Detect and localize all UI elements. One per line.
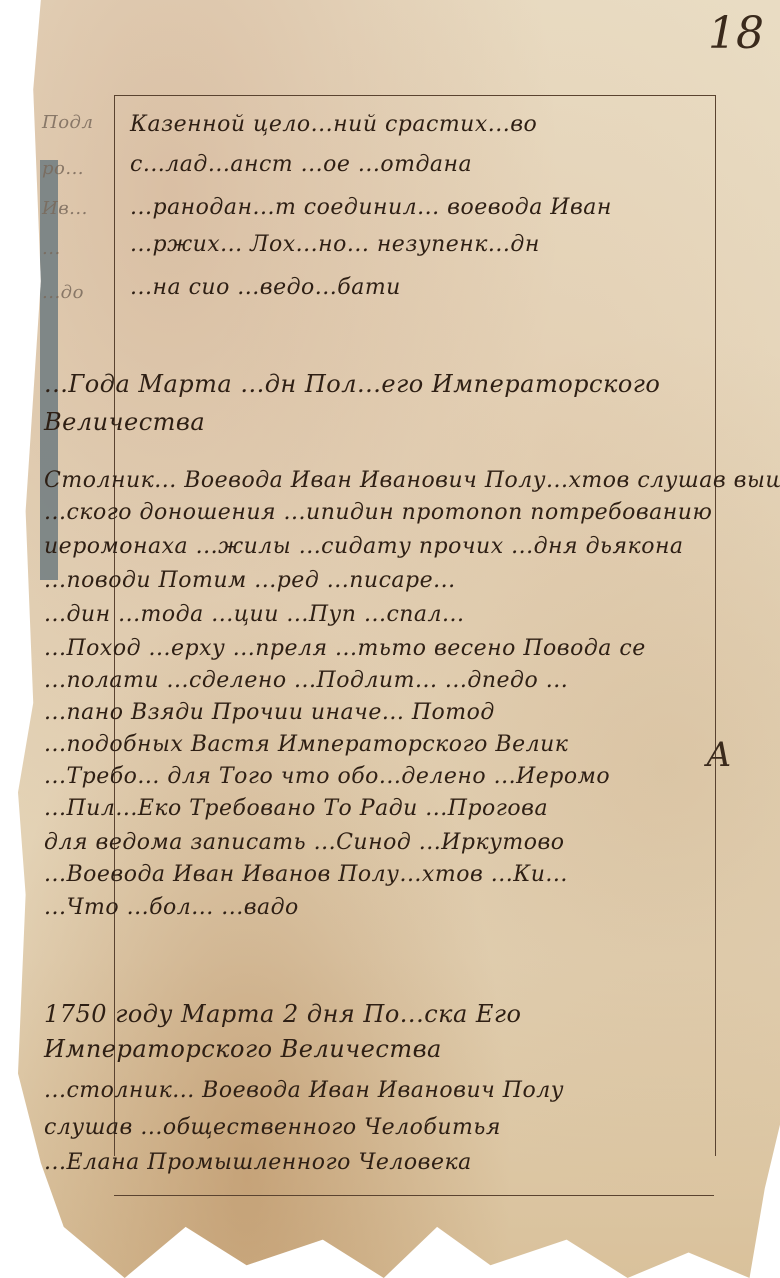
manuscript-line: ...на сио ...ведо...бати	[130, 275, 401, 300]
margin-annotation: А	[706, 735, 732, 775]
manuscript-line: ...Елана Промышленного Человека	[44, 1150, 472, 1175]
ruled-frame-bottom	[114, 1195, 714, 1196]
manuscript-line: ...Воевода Иван Иванов Полу...хтов ...Ки…	[44, 862, 568, 887]
manuscript-line: ...Требо... для Того что обо...делено ..…	[44, 764, 610, 789]
entry-heading: Императорского Величества	[44, 1035, 442, 1063]
manuscript-line: с...лад...анст ...ое ...отдана	[130, 152, 472, 177]
manuscript-line: ...ранодан...т соединил... воевода Иван	[130, 195, 612, 220]
margin-text: Ив...	[42, 198, 88, 219]
entry-heading: ...Года Марта ...дн Пол...его Императорс…	[44, 370, 660, 398]
manuscript-line: для ведома записать ...Синод ...Иркутово	[44, 830, 565, 855]
manuscript-line: слушав ...общественного Челобитья	[44, 1115, 501, 1140]
margin-text: ро...	[42, 158, 84, 179]
manuscript-line: ...ского доношения ...ипидин протопоп по…	[44, 500, 712, 525]
manuscript-line: ...Пил...Еко Требовано То Ради ...Прогов…	[44, 796, 548, 821]
manuscript-line: ...ржих... Лох...но... незупенк...дн	[130, 232, 540, 257]
manuscript-line: иеромонаха ...жилы ...сидату прочих ...д…	[44, 534, 684, 559]
manuscript-line: ...пано Взяди Прочии иначе... Потод	[44, 700, 495, 725]
manuscript-line: Столник... Воевода Иван Иванович Полу...…	[44, 468, 780, 493]
entry-heading: 1750 году Марта 2 дня По...ска Его	[44, 1000, 522, 1028]
margin-text: ...	[42, 238, 61, 259]
manuscript-line: ...дин ...тода ...ции ...Пуп ...спал...	[44, 602, 465, 627]
manuscript-line: ...Что ...бол... ...вадо	[44, 895, 299, 920]
manuscript-line: ...поводи Потим ...ред ...писаре...	[44, 568, 456, 593]
margin-text: Подл	[42, 112, 93, 133]
entry-heading: Величества	[44, 408, 205, 436]
manuscript-line: ...столник... Воевода Иван Иванович Полу	[44, 1078, 564, 1103]
manuscript-line: Казенной цело...ний срастих...во	[130, 112, 537, 137]
manuscript-line: ...подобных Вастя Императорского Велик	[44, 732, 568, 757]
manuscript-line: ...Поход ...ерху ...преля ...тьто весено…	[44, 636, 646, 661]
manuscript-line: ...полати ...сделено ...Подлит... ...дпе…	[44, 668, 568, 693]
margin-text: ...до	[42, 282, 84, 303]
folio-number: 18	[708, 8, 764, 59]
